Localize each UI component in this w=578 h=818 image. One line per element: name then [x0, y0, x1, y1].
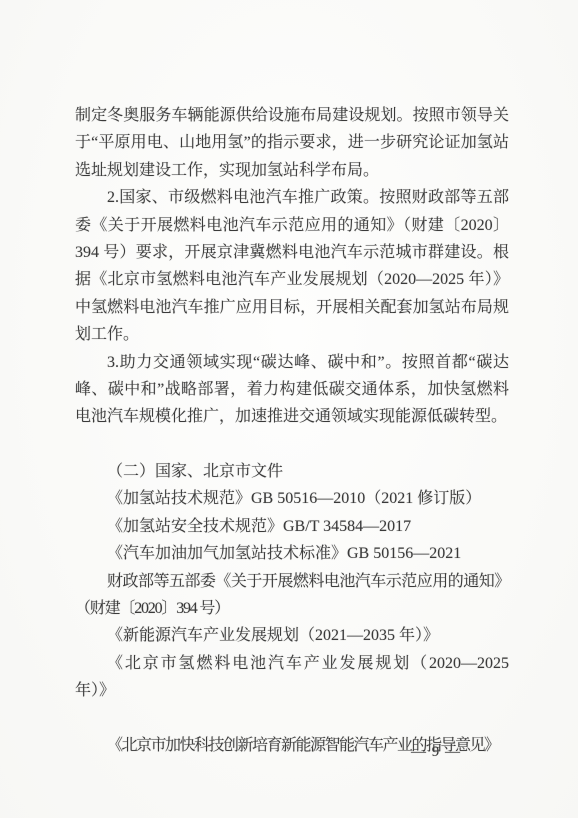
page-number: — 9 —	[411, 744, 461, 761]
body-paragraph-continuation: 制定冬奥服务车辆能源供给设施布局建设规划。按照市领导关于“平原用电、山地用氢”的…	[75, 102, 509, 184]
reference-item: 《汽车加油加气加氢站技术标准》GB 50156—2021	[75, 540, 509, 567]
reference-item: 《新能源汽车产业发展规划（2021—2035 年）》	[75, 622, 509, 649]
reference-item: 《北京市氢燃料电池汽车产业发展规划（2020—2025 年）》	[75, 650, 509, 705]
section-heading: （二）国家、北京市文件	[75, 458, 509, 485]
reference-item: 财政部等五部委《关于开展燃料电池汽车示范应用的通知》（财建〔2020〕394 号…	[75, 568, 509, 623]
reference-item: 《加氢站安全技术规范》GB/T 34584—2017	[75, 513, 509, 540]
body-paragraph-3: 3.助力交通领域实现“碳达峰、碳中和”。按照首都“碳达峰、碳中和”战略部署，着力…	[75, 349, 509, 431]
body-paragraph-2: 2.国家、市级燃料电池汽车推广政策。按照财政部等五部委《关于开展燃料电池汽车示范…	[75, 184, 509, 348]
page-body: 制定冬奥服务车辆能源供给设施布局建设规划。按照市领导关于“平原用电、山地用氢”的…	[75, 102, 509, 759]
reference-item: 《加氢站技术规范》GB 50516—2010（2021 修订版）	[75, 485, 509, 512]
document-page: 制定冬奥服务车辆能源供给设施布局建设规划。按照市领导关于“平原用电、山地用氢”的…	[0, 0, 578, 818]
